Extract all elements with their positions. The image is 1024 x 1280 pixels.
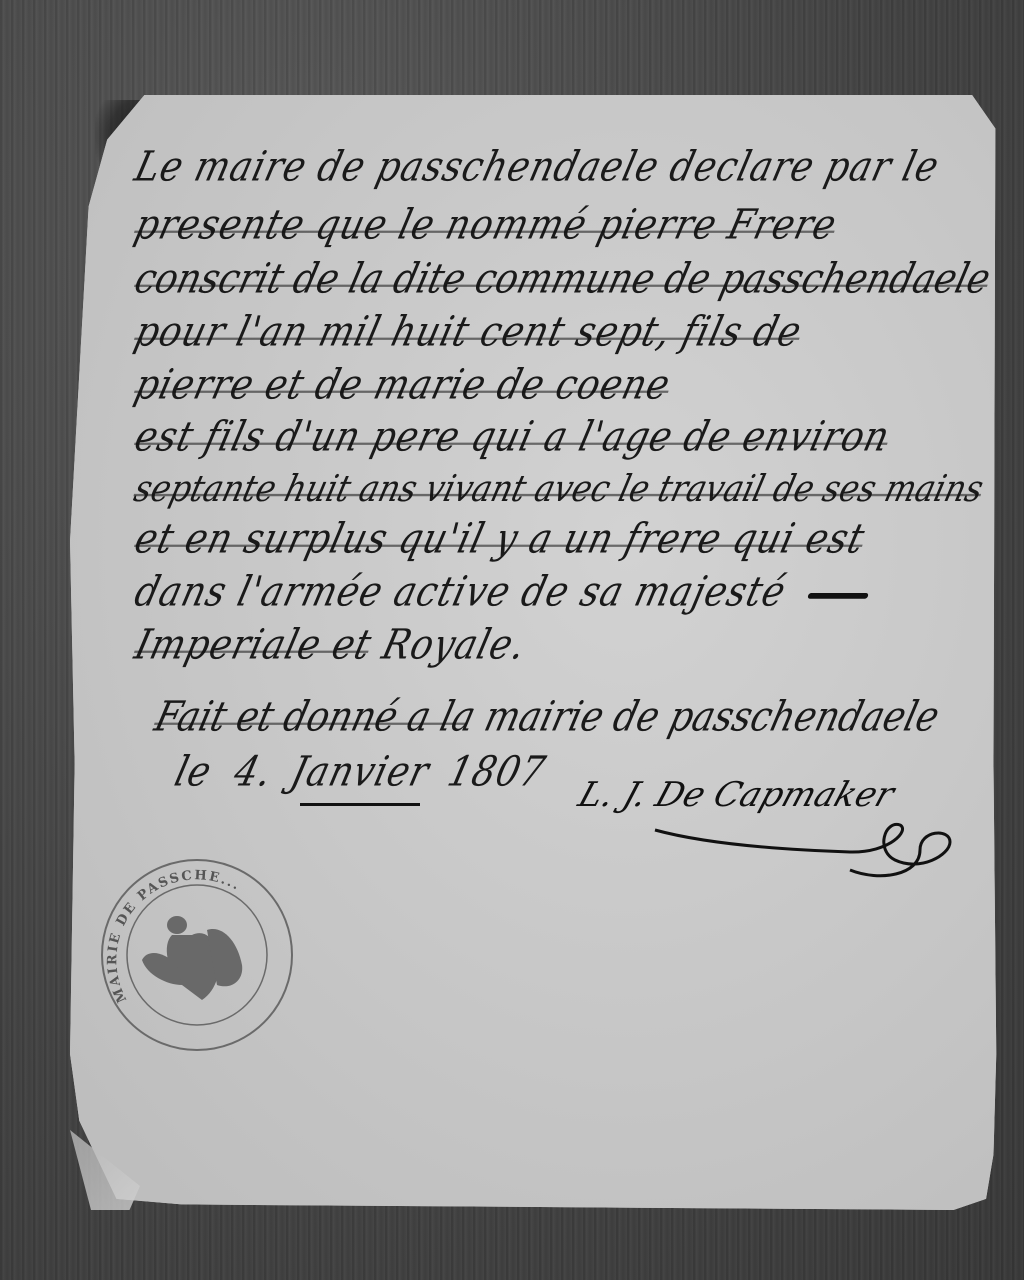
mayor-signature: L. J. De Capmaker xyxy=(574,775,900,815)
text-line-3: conscrit de la dite commune de passchend… xyxy=(130,256,995,303)
text-line-9: dans l'armée active de sa majesté xyxy=(130,569,875,616)
closing-line-1: Fait et donné a la mairie de passchendae… xyxy=(150,694,944,741)
dash-mark xyxy=(808,592,869,598)
text-line-7: septante huit ans vivant avec le travail… xyxy=(130,466,988,510)
text-line-6: est fils d'un pere qui a l'age de enviro… xyxy=(130,414,895,461)
text-line-10: Imperiale et Royale. xyxy=(130,622,531,669)
signature-flourish xyxy=(650,820,960,890)
eagle-icon xyxy=(142,916,242,1000)
text-line-8: et en surplus qu'il y a un frere qui est xyxy=(130,516,870,563)
mairie-seal: MAIRIE DE PASSCHE... xyxy=(92,850,302,1060)
date-year: 1807 xyxy=(443,749,550,796)
text-line-1: Le maire de passchendaele declare par le xyxy=(130,144,944,191)
text-line-2: presente que le nommé pierre Frere xyxy=(130,202,842,249)
closing-line-2: le 4. Janvier 1807 xyxy=(170,749,550,796)
date-underline xyxy=(300,803,420,806)
text-line-4: pour l'an mil huit cent sept, fils de xyxy=(130,309,807,356)
text-line-5: pierre et de marie de coene xyxy=(130,362,675,409)
